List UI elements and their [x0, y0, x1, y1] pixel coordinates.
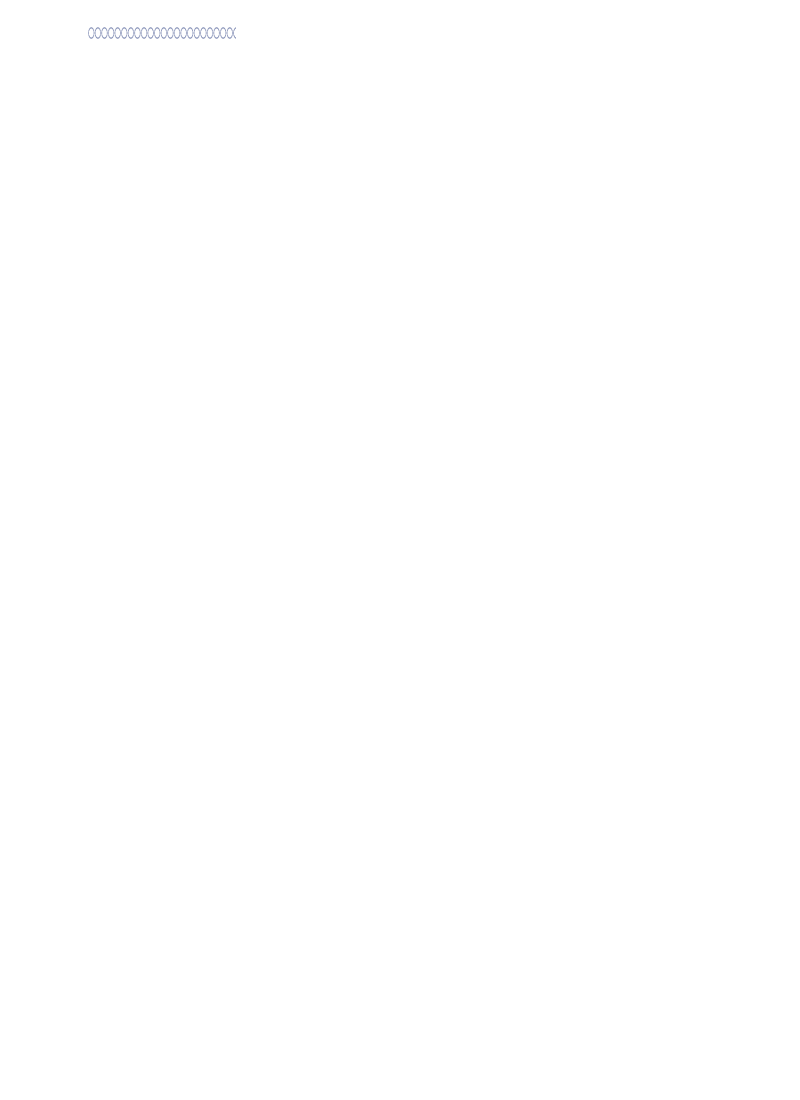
border-ornament-top-left — [88, 26, 236, 40]
